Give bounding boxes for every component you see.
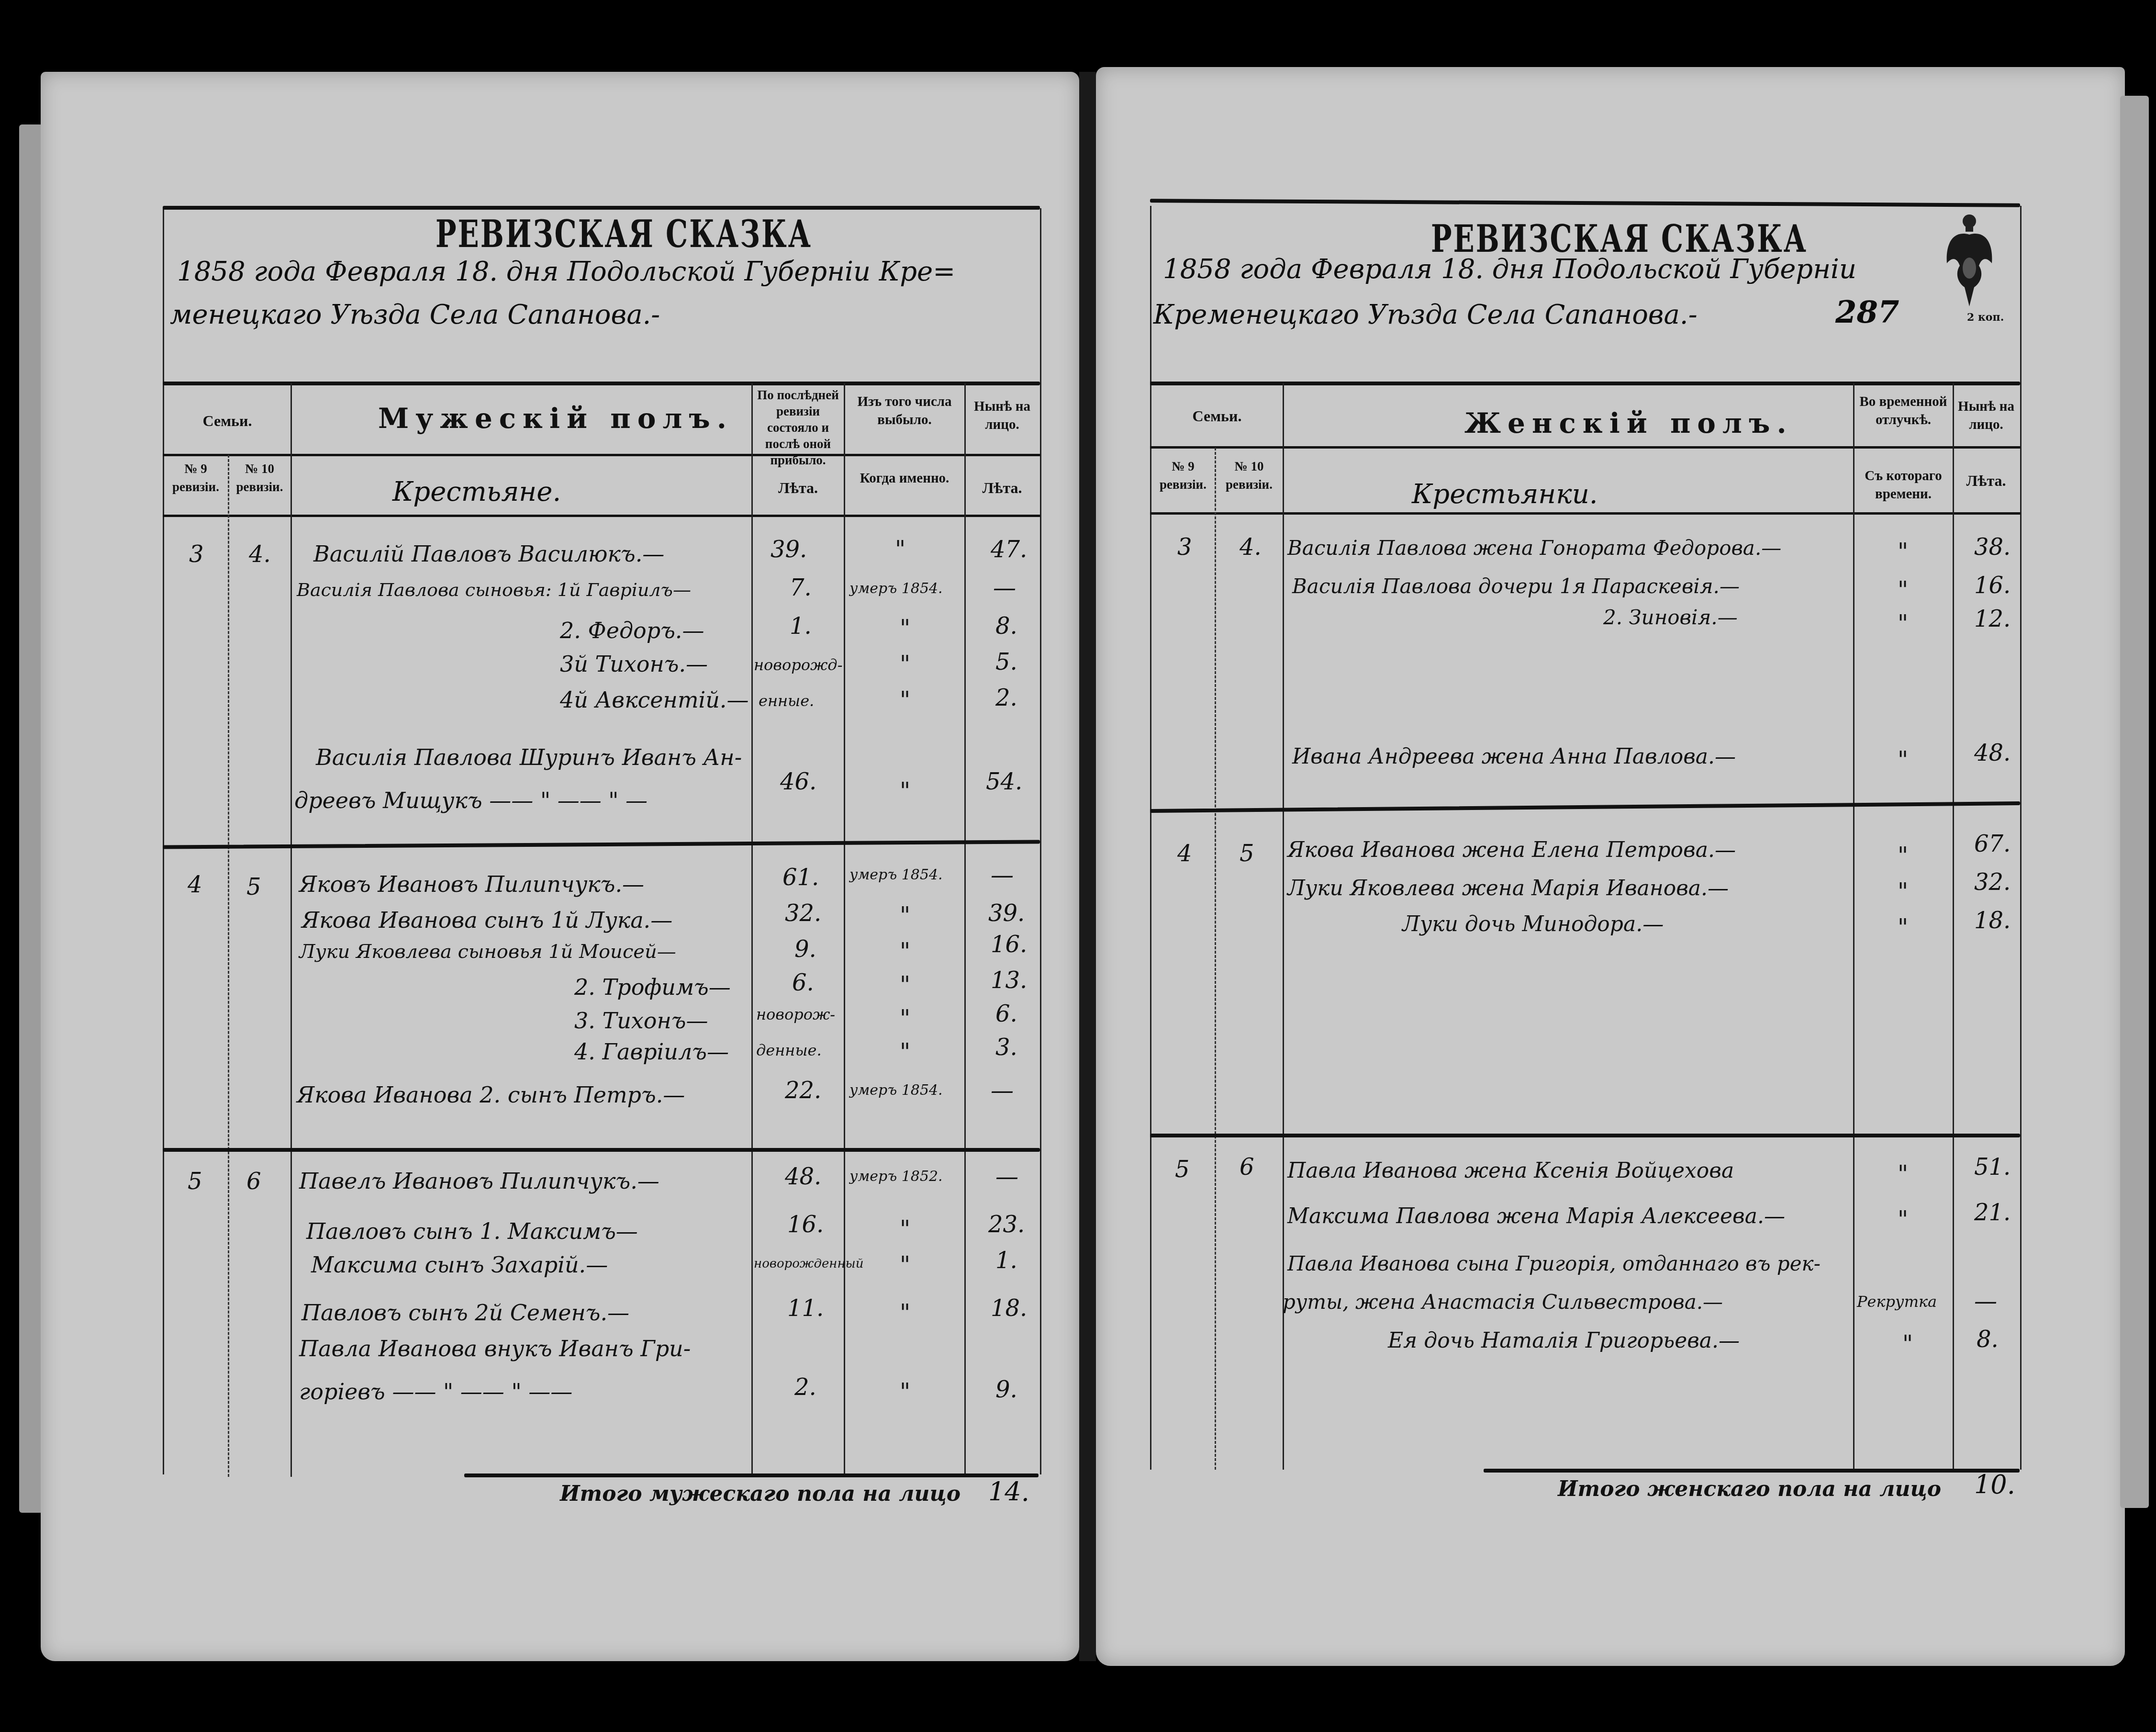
table-row-departed: " [900,938,910,965]
table-row-age-last: 46. [780,768,816,795]
table-row-age-now: 48. [1974,740,2011,766]
left-col-divider-rev [228,455,229,1477]
left-col-last-revision-sub: Лѣта. [754,479,842,497]
table-row-age-last: новорож- [756,1005,835,1023]
right-col-divider-3 [1953,383,1954,1470]
table-row-absence: " [1898,878,1908,905]
left-subheader-rule [163,454,1040,456]
right-col-rev10: № 10 ревизіи. [1217,457,1282,494]
right-col-families: Семьи. [1152,407,1282,425]
table-row-age-last: 2. [794,1374,816,1401]
left-total-value: 14. [988,1477,1029,1507]
family-rev9: 3 [1177,534,1192,561]
left-heading-line1: 1858 года Февраля 18. дня Подольской Губ… [177,256,955,287]
table-row-name: 2. Зиновія.— [1603,606,1738,629]
table-row-name: Якова Иванова жена Елена Петрова.— [1287,838,1736,862]
table-row-departed: " [900,687,910,714]
table-row-age-now: 16. [1974,572,2011,599]
right-subheader-rule [1150,446,2020,449]
left-top-rule [163,206,1040,210]
table-row-name: Павла Иванова внукъ Иванъ Гри- [299,1336,691,1361]
table-row-name: Павла Иванова сына Григорія, отданнаго в… [1287,1252,1821,1275]
table-row-age-last: енные. [759,692,814,710]
right-col-absence: Во временной отлучкѣ. [1855,393,1951,429]
left-colhead-rule [163,515,1040,517]
table-row-age-last: 7. [790,574,812,601]
table-row-name: Луки Яковлева сыновья 1й Моисей— [299,941,676,963]
table-row-age-last: денные. [756,1041,822,1059]
table-row-name: Максима сынъ Захарій.— [311,1252,608,1278]
table-row-age-now: 54. [986,768,1022,795]
table-row-departed: " [900,1300,910,1327]
table-row-age-now: 21. [1974,1199,2011,1226]
family-rev10: 6 [1240,1154,1254,1181]
left-total-label: Итого мужескаго пола на лицо [560,1482,961,1506]
table-row-name: Максима Павлова жена Марія Алексеева.— [1287,1204,1785,1228]
left-col-last-revision: По послѣдней ревизіи состояло и послѣ он… [754,387,842,468]
table-row-name: Луки дочь Минодора.— [1402,912,1664,936]
table-row-name: 4й Авксентій.— [560,687,748,713]
right-total-label: Итого женскаго пола на лицо [1558,1477,1941,1501]
table-row-name: Якова Иванова 2. сынъ Петръ.— [297,1082,685,1108]
left-col-divider-2 [751,383,753,1477]
family-rev10: 6 [246,1168,261,1195]
table-row-age-now: 1. [995,1247,1017,1274]
family-rev9: 3 [189,541,204,568]
table-row-age-now: 47. [991,536,1027,563]
family-rev9: 4 [1177,840,1192,867]
table-row-age-now: — [991,1077,1014,1104]
table-row-name: 2. Федоръ.— [560,618,704,643]
table-row-absence: " [1898,577,1908,604]
table-row-age-now: — [991,862,1014,888]
table-row-age-last: 32. [785,900,821,927]
book-edge-right [2120,96,2149,1508]
table-row-departed: " [900,615,910,642]
table-row-age-now: 9. [995,1376,1017,1403]
left-col-departed-sub: Когда именно. [847,469,962,487]
table-row-departed: " [900,1039,910,1066]
table-row-age-now: 6. [995,1001,1017,1027]
table-row-name: Ивана Андреева жена Анна Павлова.— [1292,744,1736,769]
table-row-departed: " [900,778,910,805]
table-row-departed: " [900,972,910,999]
table-row-name: Луки Яковлева жена Марія Иванова.— [1287,876,1729,900]
table-row-name: Яковъ Ивановъ Пилипчукъ.— [299,871,644,897]
book-edge-left [19,124,43,1513]
left-family-divider-2 [163,1148,1040,1152]
table-row-absence: " [1902,1331,1913,1358]
left-bottom-rule [464,1473,1039,1477]
table-row-age-last: 48. [785,1163,821,1190]
right-col-present-sub: Лѣта. [1955,472,2017,490]
table-row-name: Василія Павлова Шуринъ Иванъ Ан- [316,744,742,770]
table-row-name: 4. Гавріилъ— [574,1039,729,1065]
right-heading-line1: 1858 года Февраля 18. дня Подольской Губ… [1163,254,1856,285]
table-row-age-now: 16. [991,931,1027,958]
family-rev9: 5 [1175,1156,1190,1183]
table-row-age-now: 3. [995,1034,1017,1061]
table-row-age-last: 61. [782,864,819,891]
table-row-name: Павловъ сынъ 1. Максимъ— [306,1218,638,1244]
table-row-absence: " [1898,610,1908,637]
table-row-age-now: 32. [1974,869,2011,896]
table-row-age-last: новорожд- [754,656,842,674]
left-document-title: РЕВИЗСКАЯ СКАЗКА [436,212,812,256]
table-row-age-now: — [995,1163,1018,1190]
table-row-age-now: 13. [991,967,1027,994]
table-row-age-now: 12. [1974,606,2011,632]
table-row-absence: " [1898,914,1908,941]
table-row-departed: " [900,1005,910,1032]
table-row-age-now: 23. [988,1211,1025,1238]
table-row-name: Василія Павлова жена Гонората Федорова.— [1287,536,1781,560]
table-row-name: Павелъ Ивановъ Пилипчукъ.— [299,1168,659,1194]
right-heading-line2: Кременецкаго Уѣзда Села Сапанова.- [1153,299,1698,330]
right-bottom-rule [1484,1469,2020,1473]
table-row-name: Павловъ сынъ 2й Семенъ.— [302,1300,629,1326]
left-col-divider-1 [290,383,292,1477]
left-header-rule [163,382,1040,385]
table-row-age-now: 8. [995,613,1017,640]
table-row-departed: умеръ 1852. [849,1168,943,1185]
stamp-value: 2 коп. [1967,311,2004,324]
table-row-departed: " [900,651,910,678]
table-row-age-now: 8. [1977,1326,1999,1353]
table-row-name: Василій Павловъ Василюкъ.— [313,541,664,567]
right-col-divider-rev [1215,448,1216,1470]
table-row-age-last: 1. [790,613,812,640]
table-row-absence: Рекрутка [1857,1293,1937,1311]
table-row-age-last: 6. [792,969,814,996]
left-col-rev10: № 10 ревизіи. [230,460,290,496]
table-row-age-last: 16. [787,1211,824,1238]
family-rev10: 4. [1240,534,1262,561]
table-row-departed: " [900,902,910,929]
table-row-name: Василія Павлова дочери 1я Параскевія.— [1292,574,1740,598]
table-row-absence: " [1898,539,1908,565]
family-rev10: 5 [1240,840,1254,867]
table-row-departed: " [895,536,905,563]
left-col-divider-4 [964,383,966,1477]
left-col-departed: Изъ того числа выбыло. [847,393,962,429]
table-row-name: Ея дочь Наталія Григорьева.— [1388,1328,1740,1353]
table-row-name: Якова Иванова сынъ 1й Лука.— [302,907,672,933]
left-col-divider-3 [844,383,845,1477]
right-col-divider-2 [1853,383,1854,1470]
table-row-age-last: 11. [787,1295,824,1322]
left-col-rev9: № 9 ревизіи. [165,460,226,496]
table-row-absence: " [1898,1161,1908,1188]
table-row-name: 2. Трофимъ— [574,974,731,1000]
table-row-absence: " [1898,747,1908,774]
table-row-age-now: — [1974,1288,1997,1315]
family-rev10: 4. [249,541,271,568]
right-colhead-rule [1150,512,2020,515]
table-row-name: горіевъ —— " —— " —— [299,1379,572,1405]
table-row-departed: умеръ 1854. [849,866,943,883]
table-row-age-last: новорожденный [754,1257,863,1271]
left-section-male: Мужескій полъ. [378,402,733,435]
left-col-present: Нынѣ на лицо. [967,397,1038,434]
right-section-female: Женскій полъ. [1464,407,1793,439]
table-row-age-now: 38. [1974,534,2011,561]
right-col-present: Нынѣ на лицо. [1955,397,2017,434]
table-row-departed: " [900,1379,910,1406]
family-rev10: 5 [246,874,261,900]
table-row-age-now: 5. [995,649,1017,675]
table-row-name: 3й Тихонъ.— [560,651,708,677]
table-row-name: дреевъ Мищукъ —— " —— " — [294,787,648,813]
table-row-departed: " [900,1216,910,1243]
imperial-eagle-stamp-icon [1943,211,1996,311]
table-row-departed: " [900,1252,910,1279]
right-total-value: 10. [1974,1470,2015,1500]
table-row-name: 3. Тихонъ— [574,1008,708,1034]
folio-number: 287 [1835,294,1899,330]
table-row-absence: " [1898,843,1908,869]
book-gutter [1079,72,1096,1661]
table-row-age-now: 18. [991,1295,1027,1322]
right-family-divider-2 [1150,1134,2020,1137]
table-row-name: Павла Иванова жена Ксенія Войцехова [1287,1158,1734,1183]
table-row-age-now: 67. [1974,831,2011,857]
table-row-absence: " [1898,1206,1908,1233]
family-rev9: 4 [188,871,202,898]
table-row-age-now: — [993,574,1016,601]
table-row-age-last: 9. [794,936,816,963]
right-class-peasant-women: Крестьянки. [1412,479,1598,510]
right-header-rule [1150,382,2020,385]
right-col-rev9: № 9 ревизіи. [1152,457,1214,494]
table-row-age-last: 39. [771,536,807,563]
table-row-age-now: 51. [1974,1154,2011,1181]
table-row-name: руты, жена Анастасія Сильвестрова.— [1283,1290,1723,1314]
table-row-age-last: 22. [785,1077,821,1104]
left-col-present-sub: Лѣта. [967,479,1038,497]
left-heading-line2: менецкаго Уѣзда Села Сапанова.- [170,299,660,330]
table-row-age-now: 39. [988,900,1025,927]
table-row-age-now: 18. [1974,907,2011,934]
table-row-departed: умеръ 1854. [849,1082,943,1099]
right-col-absence-sub: Съ котораго времени. [1855,467,1951,503]
table-row-age-now: 2. [995,685,1017,711]
family-rev9: 5 [188,1168,202,1195]
table-row-departed: умеръ 1854. [849,580,943,597]
table-row-name: Василія Павлова сыновья: 1й Гавріилъ— [297,579,691,600]
left-class-peasants: Крестьяне. [392,476,561,507]
left-col-families: Семьи. [165,412,290,430]
